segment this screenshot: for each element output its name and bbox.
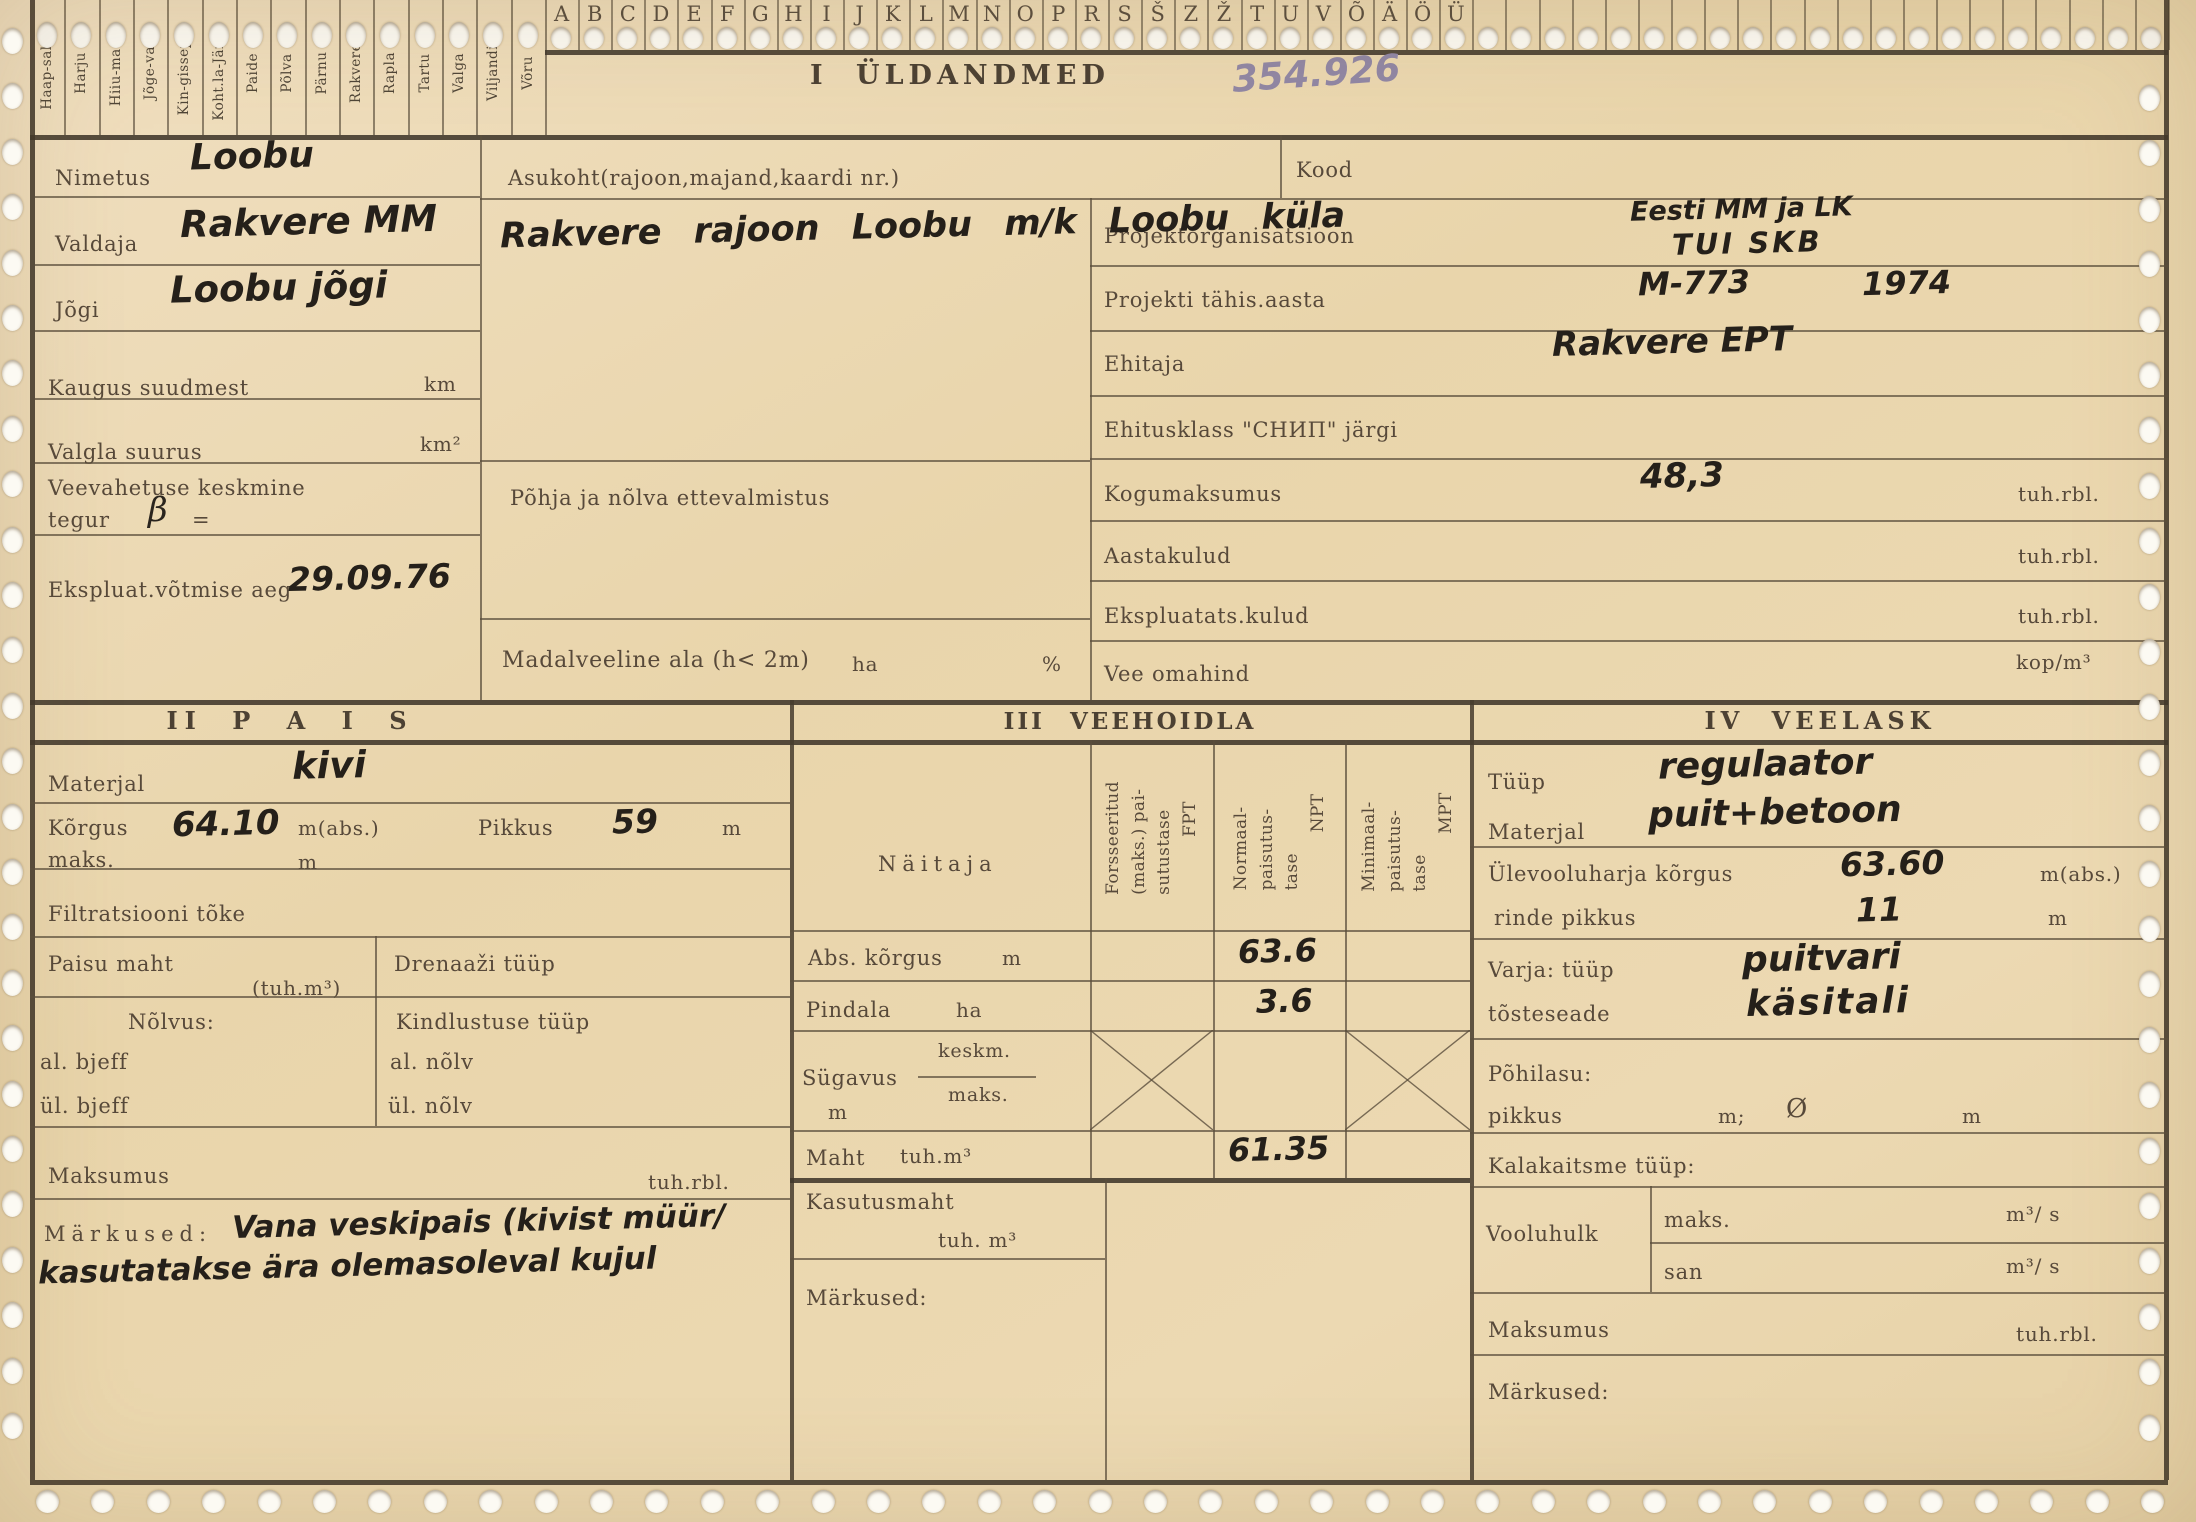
alphabet-letter: Ö [1406,2,1439,26]
county-tab-label: Hiiu-maa [108,40,124,107]
punch-hole [1710,27,1730,49]
rinde-unit: m [2048,906,2068,930]
pais-korgus-value: 64.10 [172,803,280,846]
pais-materjal-value: kivi [291,743,366,788]
punch-hole [1644,27,1664,49]
alphabet-cell [1539,0,1574,50]
county-tab-label: Põlva [279,53,295,92]
punch-hole [1015,27,1035,49]
punch-hole [1255,1490,1278,1513]
punch-hole [2139,140,2160,166]
punch-hole [1144,1490,1167,1513]
alphabet-cell: Õ [1340,0,1375,50]
jogi-value: Loobu jõgi [170,263,388,311]
punch-hole [650,27,670,49]
kaugus-unit: km [424,372,457,396]
vooluhulk-san-unit: m³/ s [2006,1254,2060,1278]
divider [790,1178,1470,1183]
punch-hole [202,1490,225,1513]
kaugus-label: Kaugus suudmest [48,376,249,400]
archive-card: Haap-saluHarjuHiiu-maaJõge-vaKin-gissepa… [0,0,2196,1522]
punch-hole [2041,27,2061,49]
alphabet-letter: J [843,2,876,26]
alphabet-cell: S [1108,0,1143,50]
pais-korgus-label: Kõrgus [48,816,128,840]
punch-hole [2008,27,2028,49]
pais-pikkus-label: Pikkus [478,816,553,840]
divider [1470,1132,2168,1134]
county-tab-label: Rapla [382,52,398,94]
punch-hole [2,250,23,276]
alphabet-cell: Z [1174,0,1209,50]
punch-hole [277,22,297,48]
punch-hole [424,1490,447,1513]
varja-label: Varja: tüüp [1488,958,1614,982]
punch-hole [2139,307,2160,333]
card-bottom-border [30,1480,2168,1485]
alphabet-letter: C [611,2,644,26]
veehoidla-markused-label: Märkused: [806,1286,927,1310]
filtratsioon-label: Filtratsiooni tõke [48,902,246,926]
alphabet-cell: Ž [1207,0,1242,50]
npt-abbr: NPT [1306,794,1332,891]
alphabet-cell: T [1241,0,1276,50]
punch-hole [2141,1490,2164,1513]
alphabet-cell: I [810,0,845,50]
alphabet-cell: R [1075,0,1110,50]
divider [790,930,1470,932]
divider [35,330,480,332]
alphabet-letter: F [711,2,744,26]
punch-hole [1478,27,1498,49]
projekt-label: Projekti tähis.aasta [1104,288,1326,312]
punch-hole [2075,27,2095,49]
kindlustus-label: Kindlustuse tüüp [396,1010,590,1034]
alphabet-cell [1737,0,1772,50]
drenaaz-label: Drenaaži tüüp [394,952,556,976]
pohilasu-label: Põhilasu: [1488,1062,1592,1086]
ehitusklass-label: Ehitusklass "СНИП" järgi [1104,418,1398,442]
fpt-label: Forsseeritud (maks.) pai- sutustase [1101,781,1178,895]
alphabet-cell: A [545,0,580,50]
punch-hole [518,22,538,48]
divider [1090,265,2168,267]
punch-hole [915,27,935,49]
fpt-abbr: FPT [1178,781,1204,895]
madalvee-label: Madalveeline ala (h< 2m) [502,648,810,673]
vooluhulk-maks-unit: m³/ s [2006,1202,2060,1226]
punch-hole [982,27,1002,49]
alphabet-cell [1936,0,1971,50]
crossed-out-cell-mpt [1345,1030,1470,1130]
county-tab-label: Pärnu [314,51,330,94]
alphabet-letter: H [777,2,810,26]
veevahetus-label-2: tegur [48,508,110,532]
alphabet-letter: N [976,2,1009,26]
punch-hole [783,27,803,49]
alphabet-cell: E [677,0,712,50]
punch-hole [2,1191,23,1217]
alphabet-letter: Ž [1207,2,1240,26]
maht-label: Maht [806,1146,865,1170]
alphabet-cell [1472,0,1507,50]
valdaja-value: Rakvere MM [180,197,438,246]
pindala-unit: ha [956,998,982,1022]
punch-hole [1753,1490,1776,1513]
alphabet-letter: M [942,2,975,26]
alphabet-cell [1903,0,1938,50]
alphabet-letter: Ä [1373,2,1406,26]
ylevool-unit: m(abs.) [2040,862,2122,886]
punch-hole [2,83,23,109]
punch-hole [2139,971,2160,997]
divider [1470,700,1474,1480]
punch-hole [1611,27,1631,49]
alphabet-cell: Ä [1373,0,1408,50]
pais-korgus-unit: m(abs.) [298,816,380,840]
punch-hole [1199,1490,1222,1513]
divider [1470,1354,2168,1356]
kood-label: Kood [1296,158,1353,182]
punch-hole [1421,1490,1444,1513]
alphabet-cell [1704,0,1739,50]
jogi-label: Jõgi [55,298,99,322]
punch-hole [2,914,23,940]
punch-hole [1445,27,1465,49]
punch-hole [2,693,23,719]
tosteseade-value: käsitali [1746,980,1911,1025]
valgla-unit: km² [420,432,462,456]
alphabet-cell: Š [1141,0,1176,50]
nimetus-value: Loobu [190,134,315,178]
punch-hole [1310,1490,1333,1513]
projekt-year: 1974 [1862,263,1952,303]
punch-hole [1089,1490,1112,1513]
punch-hole [2086,1490,2109,1513]
varja-value: puitvari [1742,936,1902,981]
mpt-abbr: MPT [1434,792,1460,891]
divider [1650,1186,1652,1292]
punch-hole [1545,27,1565,49]
alphabet-cell: Ö [1406,0,1441,50]
punch-hole [2,748,23,774]
punch-hole [590,1490,613,1513]
veelask-maksumus-unit: tuh.rbl. [2016,1322,2098,1346]
alphabet-cell: H [777,0,812,50]
punch-hole [1587,1490,1610,1513]
punch-hole [535,1490,558,1513]
eksplkulud-unit: tuh.rbl. [2018,604,2100,628]
kasutusmaht-label: Kasutusmaht [806,1190,954,1214]
aastakulud-label: Aastakulud [1104,544,1231,568]
alphabet-cell [2102,0,2137,50]
punch-hole [106,22,126,48]
alphabet-letter: Ü [1439,2,1472,26]
veeomahind-label: Vee omahind [1104,662,1250,686]
diameter-symbol: Ø [1786,1094,1808,1124]
punch-hole [2139,861,2160,887]
ylevool-value: 63.60 [1840,843,1945,885]
alphabet-cell [1671,0,1706,50]
punch-hole [2139,694,2160,720]
punch-hole [2139,1138,2160,1164]
divider [1090,458,2168,460]
punch-hole [2139,85,2160,111]
punch-hole [258,1490,281,1513]
yl-nolv-label: ül. nõlv [388,1094,473,1118]
punch-hole [1147,27,1167,49]
madalvee-unit-ha: ha [852,652,878,676]
punch-hole [2139,528,2160,554]
county-tab-label: Harju [73,52,89,94]
sygavus-label: Sügavus [802,1066,898,1090]
sygavus-maks-label: maks. [948,1084,1009,1106]
alphabet-letter: T [1241,2,1274,26]
punch-hole [2030,1490,2053,1513]
pindala-label: Pindala [806,998,891,1022]
divider [790,1258,1105,1260]
punch-hole [479,1490,502,1513]
alphabet-letter: K [876,2,909,26]
aastakulud-unit: tuh.rbl. [2018,544,2100,568]
abs-korgus-npt-value: 63.6 [1238,931,1318,971]
veelask-maksumus-label: Maksumus [1488,1318,1610,1342]
projektorg-value-2: TUI SKB [1672,224,1823,262]
alphabet-letter: E [677,2,710,26]
madalvee-unit-percent: % [1042,652,1062,676]
column-header-fpt: Forsseeritud (maks.) pai- sutustase FPT [1101,781,1203,895]
alphabet-cell: N [976,0,1011,50]
alphabet-cell: B [578,0,613,50]
punch-hole [147,1490,170,1513]
column-header-mpt: Minimaal- paisutus- tase MPT [1357,792,1459,891]
alphabet-cell [2069,0,2104,50]
punch-hole [1532,1490,1555,1513]
divider [30,802,790,804]
county-tab: Põlva [270,0,306,135]
pohilasu-unit-1: m; [1718,1104,1745,1128]
divider [30,135,2168,140]
punch-hole [2,194,23,220]
punch-hole [36,1490,59,1513]
divider [1470,1038,2168,1040]
valdaja-label: Valdaja [55,232,138,256]
punch-hole [717,27,737,49]
punch-hole [209,22,229,48]
punch-hole [2139,362,2160,388]
ehitaja-value: Rakvere EPT [1552,319,1793,365]
column-header-npt: Normaal- paisutus- tase NPT [1229,794,1331,891]
punch-hole [1743,27,1763,49]
alphabet-letter: G [744,2,777,26]
county-tab-label: Rakvere [348,43,364,103]
tyyp-label: Tüüp [1488,770,1546,794]
alphabet-cell: O [1009,0,1044,50]
alphabet-strip: ABCDEFGHIJKLMNOPRSŠZŽTUVÕÄÖÜ [545,0,2168,50]
al-nolv-label: al. nõlv [390,1050,474,1074]
punch-hole [1180,27,1200,49]
al-bjeff-label: al. bjeff [40,1050,128,1074]
tosteseade-label: tõsteseade [1488,1002,1610,1026]
punch-hole [551,27,571,49]
pohja-label: Põhja ja nõlva ettevalmistus [510,486,830,510]
alphabet-letter: O [1009,2,1042,26]
county-tab: Pärnu [305,0,341,135]
punch-hole [2,1025,23,1051]
county-tab: Kin-gissepa [167,0,203,135]
punch-hole [756,1490,779,1513]
punch-hole [312,22,332,48]
punch-hole [2139,473,2160,499]
punch-hole [2,970,23,996]
county-tab-label: Paide [245,53,261,93]
county-tab: Hiiu-maa [99,0,135,135]
pais-pikkus-unit: m [722,816,742,840]
punch-hole [849,27,869,49]
punch-hole [922,1490,945,1513]
pais-maksumus-unit: tuh.rbl. [648,1170,730,1194]
punch-hole [2,1302,23,1328]
punch-hole [71,22,91,48]
alphabet-cell: U [1274,0,1309,50]
divider [1090,520,2168,522]
punch-hole [701,1490,724,1513]
divider [480,618,1090,620]
punch-hole [867,1490,890,1513]
divider [35,398,480,400]
yl-bjeff-label: ül. bjeff [40,1094,129,1118]
alphabet-cell [2035,0,2070,50]
punch-hole [2,28,23,54]
punch-hole [1114,27,1134,49]
county-tab-label: Tartu [417,53,433,92]
kogumaksumus-value: 48,3 [1640,455,1725,497]
maht-unit: tuh.m³ [900,1144,972,1168]
punch-hole [140,22,160,48]
divider [35,534,480,536]
pais-maks-unit: m [298,850,318,874]
punch-hole [1864,1490,1887,1513]
divider [30,700,2168,705]
section4-title: IV VEELASK [1640,706,2000,735]
punch-hole [2139,1359,2160,1385]
alphabet-letter: L [909,2,942,26]
divider [480,460,1090,462]
punch-hole [1843,27,1863,49]
punch-hole [91,1490,114,1513]
pais-pikkus-value: 59 [612,801,659,841]
punch-hole [2,804,23,830]
veelask-markused-label: Märkused: [1488,1380,1609,1404]
equals-sign: = [192,508,210,532]
pais-materjal-label: Materjal [48,772,145,796]
paisumaht-label: Paisu maht [48,952,174,976]
county-tab: Haap-salu [30,0,66,135]
vooluhulk-maks-label: maks. [1664,1208,1731,1232]
ehitaja-label: Ehitaja [1104,352,1185,376]
county-tab: Koht.la-Järve [202,0,238,135]
divider [30,996,790,998]
alphabet-cell: G [744,0,779,50]
punch-hole [1412,27,1432,49]
alphabet-cell: L [909,0,944,50]
punch-hole [2,1413,23,1439]
punch-hole [1698,1490,1721,1513]
punch-hole [2141,27,2161,49]
county-tab: Tartu [408,0,444,135]
alphabet-cell [1572,0,1607,50]
kogumaksumus-unit: tuh.rbl. [2018,482,2100,506]
alphabet-cell: C [611,0,646,50]
punch-hole [948,27,968,49]
county-tab: Rakvere [339,0,375,135]
valgla-label: Valgla suurus [48,440,202,464]
alphabet-letter: I [810,2,843,26]
punch-hole [1048,27,1068,49]
divider [1090,198,1092,700]
punch-hole [1809,1490,1832,1513]
pohilasu-pikkus-label: pikkus [1488,1104,1563,1128]
ekspluat-label: Ekspluat.võtmise aeg [48,578,292,602]
section3-title: III VEEHOIDLA [960,708,1300,735]
alphabet-cell: J [843,0,878,50]
punch-hole [1677,27,1697,49]
alphabet-cell [1870,0,1905,50]
punch-hole [1346,27,1366,49]
county-tab: Võru [511,0,547,135]
punch-hole [2139,1248,2160,1274]
punch-hole [882,27,902,49]
punch-hole [1511,27,1531,49]
punch-hole [1643,1490,1666,1513]
pais-markused-value-1: Vana veskipais (kivist müür/ [232,1198,726,1246]
divider [30,1126,790,1128]
projekt-value: M-773 [1638,263,1751,304]
punch-hole [978,1490,1001,1513]
punch-hole [617,27,637,49]
pais-markused-label: Märkused: [44,1222,212,1246]
ekspluat-value: 29.09.76 [288,556,452,599]
maht-npt-value: 61.35 [1228,1129,1330,1169]
punch-hole [816,27,836,49]
divider [790,980,1470,982]
punch-hole [750,27,770,49]
pohilasu-unit-2: m [1962,1104,1982,1128]
punch-hole [1810,27,1830,49]
punch-hole [1247,27,1267,49]
punch-hole [2,1081,23,1107]
punch-hole [2139,639,2160,665]
punch-hole [2,139,23,165]
county-tab: Viljandi [476,0,512,135]
punch-hole [2,1136,23,1162]
punch-hole [2139,1415,2160,1441]
alphabet-cell: Ü [1439,0,1474,50]
punch-hole [1942,27,1962,49]
alphabet-cell: P [1042,0,1077,50]
punch-hole [584,27,604,49]
punch-hole [1366,1490,1389,1513]
alphabet-letter: B [578,2,611,26]
county-tab-label: Jõge-va [142,46,158,100]
punch-hole [1920,1490,1943,1513]
punch-hole [2,582,23,608]
punch-hole [1313,27,1333,49]
divider [1105,1178,1107,1480]
divider [1090,395,2168,397]
punch-hole [812,1490,835,1513]
naitaja-label: Näitaja [878,852,998,876]
